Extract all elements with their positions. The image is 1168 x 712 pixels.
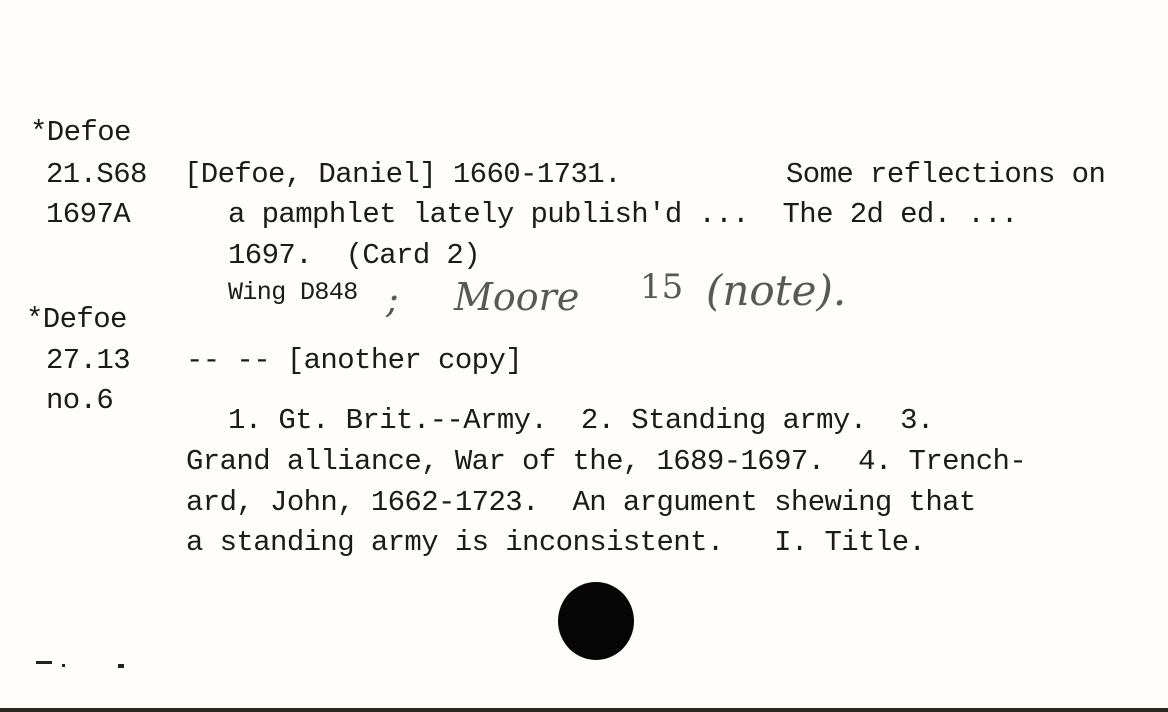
call-number-1-line-2: 21.S68 bbox=[46, 160, 147, 189]
call-number-2-line-1: *Defoe bbox=[26, 305, 127, 334]
call-number-2-line-3: no.6 bbox=[46, 386, 113, 415]
handwritten-number: 15 bbox=[640, 270, 683, 304]
call-number-1-line-1: *Defoe bbox=[30, 118, 131, 147]
stray-mark bbox=[36, 661, 52, 664]
tracing-line-1: 1. Gt. Brit.--Army. 2. Standing army. 3. bbox=[228, 406, 934, 435]
handwritten-moore: Moore bbox=[454, 278, 579, 316]
main-entry-heading: [Defoe, Daniel] 1660-1731. bbox=[184, 160, 621, 189]
handwritten-note-paren: (note). bbox=[706, 270, 846, 312]
handwritten-semicolon: ; bbox=[386, 280, 399, 318]
catalog-card: *Defoe 21.S68 1697A *Defoe 27.13 no.6 [D… bbox=[0, 0, 1168, 712]
another-copy: -- -- [another copy] bbox=[186, 346, 522, 375]
wing-reference: Wing D848 bbox=[228, 280, 358, 305]
tracing-line-4: a standing army is inconsistent. I. Titl… bbox=[186, 528, 925, 557]
tracing-line-3: ard, John, 1662-1723. An argument shewin… bbox=[186, 488, 976, 517]
tracing-line-2: Grand alliance, War of the, 1689-1697. 4… bbox=[186, 447, 1026, 476]
call-number-1-line-3: 1697A bbox=[46, 200, 130, 229]
stray-mark bbox=[62, 664, 65, 667]
call-number-2-line-2: 27.13 bbox=[46, 346, 130, 375]
stray-mark bbox=[118, 664, 124, 668]
title-line-2: a pamphlet lately publish'd ... The 2d e… bbox=[228, 200, 1018, 229]
punch-hole bbox=[558, 582, 634, 660]
title-line-3: 1697. (Card 2) bbox=[228, 241, 480, 270]
title-start: Some reflections on bbox=[786, 160, 1105, 189]
